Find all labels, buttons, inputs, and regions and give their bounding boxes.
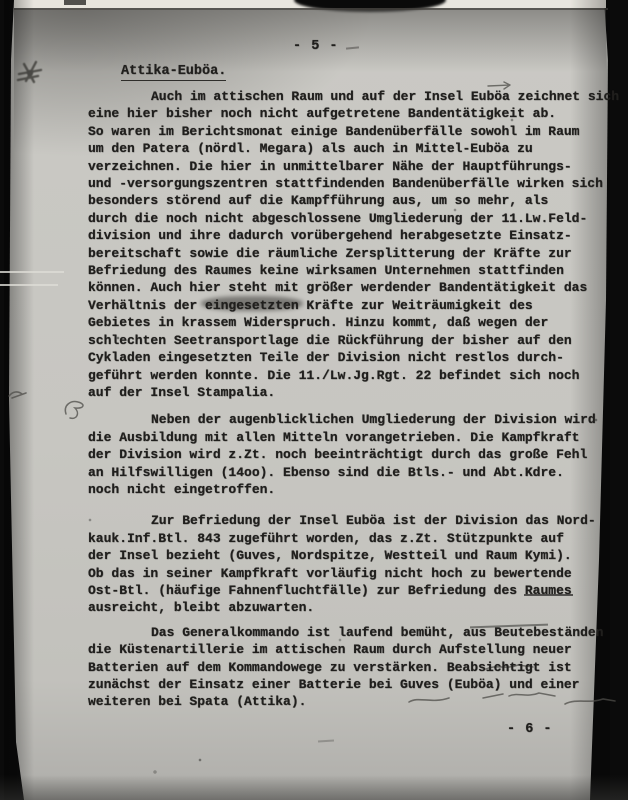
text-line: um den Patera (nördl. Megara) als auch i… — [88, 140, 628, 157]
text-line: zunächst der Einsatz einer Batterie bei … — [88, 676, 628, 693]
text-line: schlechten Seetransportlage die Rückführ… — [88, 332, 628, 349]
text-line: Batterien auf dem Kommandowege zu verstä… — [88, 659, 628, 676]
text-line: geführt werden konnte. Die 11./Lw.Jg.Rgt… — [88, 367, 628, 384]
footer-page-number: - 6 - — [507, 722, 553, 737]
text-line: Zur Befriedung der Insel Euböa ist der D… — [88, 512, 628, 529]
scanned-page: - 5 - Attika-Euböa. Auch im attischen Ra… — [0, 0, 628, 800]
text-line: verzeichnen. Die hier in unmittelbarer N… — [88, 158, 628, 175]
text-line: und -versorgungszentren stattfindenden B… — [88, 175, 628, 192]
text-line: noch nicht eingetroffen. — [88, 481, 628, 498]
scan-streak — [0, 284, 58, 286]
text-line: weiteren bei Spata (Attika). — [88, 693, 628, 710]
text-line: So waren im Berichtsmonat einige Bandenü… — [88, 123, 628, 140]
header-page-number: - 5 - — [293, 39, 339, 54]
document-body: Auch im attischen Raum und auf der Insel… — [88, 88, 628, 711]
paragraph: Auch im attischen Raum und auf der Insel… — [88, 88, 628, 401]
text-line: division und ihre dadurch vorübergehend … — [88, 227, 628, 244]
text-line: ausreicht, bleibt abzuwarten. — [88, 599, 628, 616]
section-heading: Attika-Euböa. — [121, 64, 226, 81]
ink-blot — [14, 56, 48, 90]
text-line: eine hier bisher noch nicht aufgetretene… — [88, 105, 628, 122]
bottom-shadow — [0, 775, 628, 800]
text-line: Befriedung des Raumes keine wirksamen Un… — [88, 262, 628, 279]
pencil-mark — [6, 386, 32, 402]
scan-streak — [0, 271, 64, 273]
text-line: auf der Insel Stampalia. — [88, 384, 628, 401]
text-line: an Hilfswilligen (14oo). Ebenso sind die… — [88, 464, 628, 481]
paragraph: Zur Befriedung der Insel Euböa ist der D… — [88, 512, 628, 616]
text-line: können. Auch hier steht mit größer werde… — [88, 279, 628, 296]
scan-notch — [64, 0, 86, 5]
paragraph: Das Generalkommando ist laufend bemüht, … — [88, 624, 628, 711]
text-line: Ob das in seiner Kampfkraft vorläufig ni… — [88, 565, 628, 582]
text-line: Ost-Btl. (häufige Fahnenfluchtfälle) zur… — [88, 582, 628, 599]
text-line: durch die noch nicht abgeschlossene Umgl… — [88, 210, 628, 227]
text-line: Neben der augenblicklichen Umgliederung … — [88, 411, 628, 428]
text-line: Verhältnis der eingesetzten Kräfte zur W… — [88, 297, 628, 314]
text-line: bereitschaft sowie die räumliche Zerspli… — [88, 245, 628, 262]
text-line: der Insel bezieht (Guves, Nordspitze, We… — [88, 547, 628, 564]
paragraph: Neben der augenblicklichen Umgliederung … — [88, 411, 628, 498]
text-line: Gebietes in krassem Widerspruch. Hinzu k… — [88, 314, 628, 331]
text-line: Auch im attischen Raum und auf der Insel… — [88, 88, 628, 105]
text-line: besonders störend auf die Kampfführung a… — [88, 192, 628, 209]
text-line: der Division wird z.Zt. noch beeinträcht… — [88, 446, 628, 463]
text-line: die Küstenartillerie im attischen Raum d… — [88, 641, 628, 658]
text-line: Cykladen eingesetzten Teile der Division… — [88, 349, 628, 366]
text-line: die Ausbildung mit allen Mitteln vorange… — [88, 429, 628, 446]
text-line: Das Generalkommando ist laufend bemüht, … — [88, 624, 628, 641]
text-line: kauk.Inf.Btl. 843 zugeführt worden, das … — [88, 530, 628, 547]
